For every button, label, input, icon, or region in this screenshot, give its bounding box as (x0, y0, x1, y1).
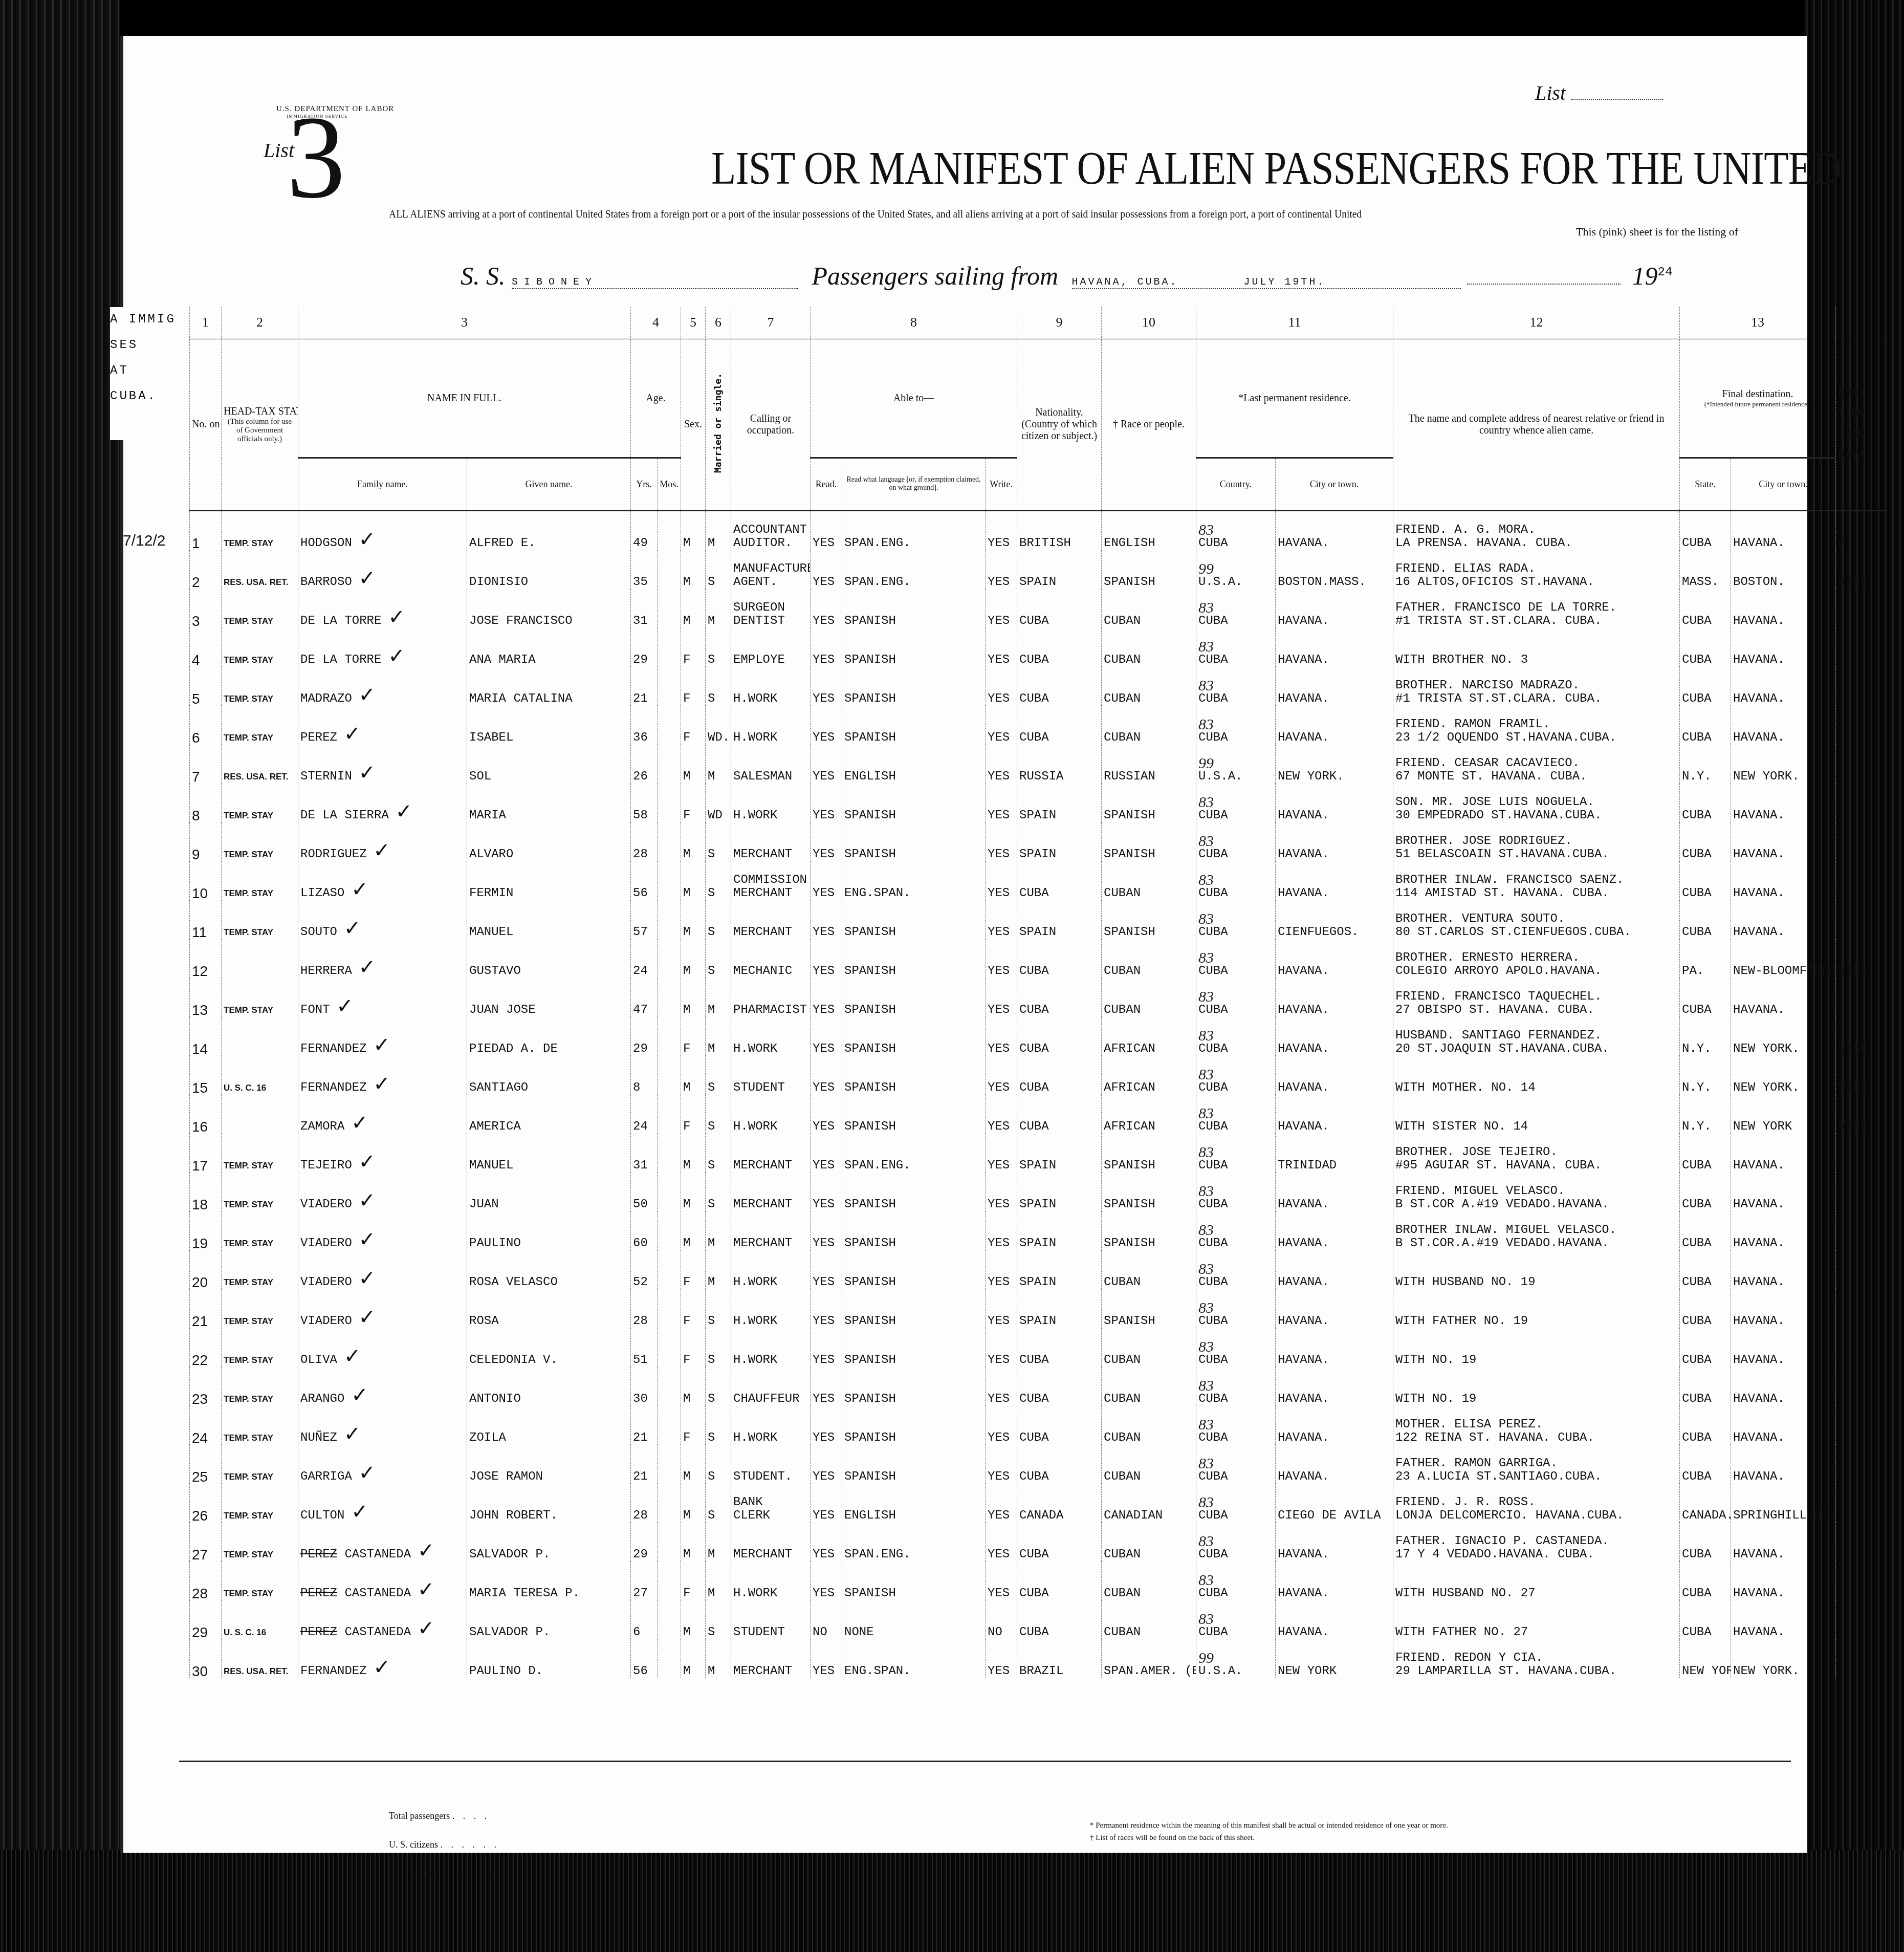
nearest-relative: MOTHER. ELISA PEREZ.122 REINA ST. HAVANA… (1393, 1406, 1680, 1445)
nationality: CUBA (1017, 1406, 1102, 1445)
nearest-relative: BROTHER. ERNESTO HERRERA.COLEGIO ARROYO … (1393, 939, 1680, 978)
row-number: 18 (190, 1173, 222, 1211)
handwritten-code: 99 (1198, 1652, 1273, 1665)
residence-city: HAVANA. (1276, 1289, 1393, 1328)
country-value: CUBA (1198, 1470, 1273, 1484)
nationality: SPAIN (1017, 1173, 1102, 1211)
head-tax-status (222, 939, 298, 978)
age-months (658, 511, 681, 551)
age-months (658, 745, 681, 784)
marital-status: S (706, 900, 731, 939)
given-name: MARIA TERESA P. (467, 1561, 631, 1600)
handwritten-code: 83 (1198, 1068, 1273, 1081)
occupation-main: H.WORK (733, 809, 808, 822)
extra-mark (1836, 1173, 1887, 1211)
occupation: MERCHANT (731, 900, 811, 939)
header-yrs: Yrs. (631, 458, 658, 511)
read-language: SPANISH (842, 589, 986, 628)
family-name: VIADERO ✓ (298, 1250, 467, 1289)
handwritten-code: 83 (1198, 835, 1273, 848)
passenger-row: 5TEMP. STAYMADRAZO ✓MARIA CATALINA21FSH.… (190, 667, 1887, 706)
extra-mark (1836, 1406, 1887, 1445)
extra-mark (1836, 745, 1887, 784)
dest-state: N.Y. (1680, 1095, 1731, 1134)
header-city: City or town. (1276, 458, 1393, 511)
head-tax-status: TEMP. STAY (222, 1367, 298, 1406)
read-language: SPANISH (842, 1250, 986, 1289)
extra-line: HAVA (1838, 445, 1885, 466)
check-mark-icon: ✓ (411, 1539, 434, 1561)
read-language: SPANISH (842, 1211, 986, 1250)
read-language: NONE (842, 1600, 986, 1639)
relative-name: BROTHER. ERNESTO HERRERA. (1395, 951, 1677, 965)
residence-city: HAVANA. (1276, 784, 1393, 822)
nearest-relative: WITH HUSBAND NO. 27 (1393, 1561, 1680, 1600)
age-months (658, 1445, 681, 1484)
relative-address: #95 AGUIAR ST. HAVANA. CUBA. (1395, 1159, 1677, 1173)
age-months (658, 1250, 681, 1289)
residence-city: HAVANA. (1276, 1328, 1393, 1367)
marital-status: M (706, 1561, 731, 1600)
sex: F (681, 784, 706, 822)
nationality: CUBA (1017, 978, 1102, 1017)
header-family-name: Family name. (298, 458, 467, 511)
colnum: 12 (1393, 307, 1680, 339)
relative-address: COLEGIO ARROYO APOLO.HAVANA. (1395, 965, 1677, 978)
relative-address: 114 AMISTAD ST. HAVANA. CUBA. (1395, 887, 1677, 900)
relative-address: 122 REINA ST. HAVANA. CUBA. (1395, 1432, 1677, 1445)
occupation-main: H.WORK (733, 1276, 808, 1289)
sex: M (681, 1173, 706, 1211)
occupation: MECHANIC (731, 939, 811, 978)
nationality: CUBA (1017, 1523, 1102, 1561)
marital-status: S (706, 1134, 731, 1173)
sex: M (681, 1600, 706, 1639)
dest-city: HAVANA. (1731, 589, 1836, 628)
passenger-row: 23TEMP. STAYARANGO ✓ANTONIO30MSCHAUFFEUR… (190, 1367, 1887, 1406)
scan-border-left (0, 0, 120, 1952)
country-value: CUBA (1198, 1509, 1273, 1523)
residence-country: 83CUBA (1196, 511, 1276, 551)
row-number: 27 (190, 1523, 222, 1561)
can-write: YES (986, 1017, 1017, 1056)
handwritten-code: 83 (1198, 796, 1273, 809)
marital-status: S (706, 939, 731, 978)
age-months (658, 1484, 681, 1523)
extra-mark (1836, 1484, 1887, 1523)
occupation-main: EMPLOYE (733, 654, 808, 667)
residence-country: 83CUBA (1196, 1289, 1276, 1328)
marital-status: M (706, 1211, 731, 1250)
occupation-main: H.WORK (733, 1315, 808, 1328)
can-read: YES (811, 1056, 842, 1095)
header-nationality: Nationality. (Country of which citizen o… (1017, 339, 1102, 511)
marital-status: WD. (706, 706, 731, 745)
marital-status: S (706, 1600, 731, 1639)
row-number: 15 (190, 1056, 222, 1095)
passenger-row: 19TEMP. STAYVIADERO ✓PAULINO60MMMERCHANT… (190, 1211, 1887, 1250)
race: AFRICAN (1102, 1017, 1196, 1056)
list-right-label: List (1535, 81, 1566, 105)
dest-city: NEW YORK. (1731, 1639, 1836, 1678)
dest-state: CUBA (1680, 1523, 1731, 1561)
header-last-residence: *Last permanent residence. (1196, 339, 1393, 458)
handwritten-code: 83 (1198, 1146, 1273, 1159)
marital-status: S (706, 1406, 731, 1445)
marital-status: S (706, 822, 731, 861)
can-read: YES (811, 1211, 842, 1250)
dest-state: CUBA (1680, 784, 1731, 822)
row-number: 9 (190, 822, 222, 861)
sex: M (681, 745, 706, 784)
dest-city: HAVANA. (1731, 784, 1836, 822)
marital-status: S (706, 1328, 731, 1367)
nationality: SPAIN (1017, 1134, 1102, 1173)
age-months (658, 1173, 681, 1211)
handwritten-code: 83 (1198, 1418, 1273, 1432)
relative-address: WITH FATHER NO. 27 (1395, 1626, 1677, 1639)
extra-mark: VISE (1836, 1095, 1887, 1134)
occupation: MERCHANT (731, 1134, 811, 1173)
occupation-main: H.WORK (733, 692, 808, 706)
age-months (658, 628, 681, 667)
sex: M (681, 1445, 706, 1484)
row-number: 1 (190, 511, 222, 551)
country-value: CUBA (1198, 731, 1273, 745)
can-read: YES (811, 1134, 842, 1173)
given-name: ALFRED E. (467, 511, 631, 551)
extra-mark: VISE (1836, 1056, 1887, 1095)
occupation: STUDENT (731, 1056, 811, 1095)
dest-state: N.Y. (1680, 745, 1731, 784)
header-final-destination: Final destination.(*Intended future perm… (1680, 339, 1836, 458)
country-value: U.S.A. (1198, 770, 1273, 784)
family-name: NUÑEZ ✓ (298, 1406, 467, 1445)
can-read: YES (811, 1406, 842, 1445)
age-years: 29 (631, 1523, 658, 1561)
dest-city: HAVANA. (1731, 706, 1836, 745)
check-mark-icon: ✓ (411, 1617, 434, 1639)
family-name: DE LA SIERRA ✓ (298, 784, 467, 822)
dest-state: MASS. (1680, 550, 1731, 589)
colnum: 2 (222, 307, 298, 339)
relative-name: FRIEND. REDON Y CIA. (1395, 1652, 1677, 1665)
passenger-row: 3TEMP. STAYDE LA TORRE ✓JOSE FRANCISCO31… (190, 589, 1887, 628)
race: AFRICAN (1102, 1095, 1196, 1134)
age-months (658, 1095, 681, 1134)
row-number: 13 (190, 978, 222, 1017)
extra-mark (1836, 978, 1887, 1017)
relative-address: WITH BROTHER NO. 3 (1395, 654, 1677, 667)
nearest-relative: WITH BROTHER NO. 3 (1393, 628, 1680, 667)
nearest-relative: WITH FATHER NO. 27 (1393, 1600, 1680, 1639)
read-language: ENGLISH (842, 745, 986, 784)
age-years: 36 (631, 706, 658, 745)
passenger-row: 14FERNANDEZ ✓PIEDAD A. DE29FMH.WORKYESSP… (190, 1017, 1887, 1056)
age-months (658, 1367, 681, 1406)
given-name: JOHN ROBERT. (467, 1484, 631, 1523)
occupation: CHAUFFEUR (731, 1367, 811, 1406)
dest-city: HAVANA. (1731, 900, 1836, 939)
row-number: 25 (190, 1445, 222, 1484)
read-language: SPANISH (842, 978, 986, 1017)
occupation: H.WORK (731, 706, 811, 745)
occupation: H.WORK (731, 1328, 811, 1367)
country-value: CUBA (1198, 1237, 1273, 1250)
sex: M (681, 939, 706, 978)
head-tax-status: TEMP. STAY (222, 1561, 298, 1600)
can-read: YES (811, 1328, 842, 1367)
residence-country: 83CUBA (1196, 1134, 1276, 1173)
check-mark-icon: ✓ (367, 1072, 390, 1095)
relative-name: FRIEND. CEASAR CACAVIECO. (1395, 757, 1677, 770)
relative-address: WITH NO. 19 (1395, 1393, 1677, 1406)
passenger-row: 24TEMP. STAYNUÑEZ ✓ZOILA21FSH.WORKYESSPA… (190, 1406, 1887, 1445)
check-mark-icon: ✓ (330, 994, 354, 1017)
occupation-main: H.WORK (733, 1120, 808, 1134)
check-mark-icon: ✓ (352, 1150, 376, 1173)
nearest-relative: WITH MOTHER. NO. 14 (1393, 1056, 1680, 1095)
occupation: EMPLOYE (731, 628, 811, 667)
colnum: 3 (298, 307, 631, 339)
marital-status: M (706, 589, 731, 628)
nationality: SPAIN (1017, 1211, 1102, 1250)
relative-address: 20 ST.JOAQUIN ST.HAVANA.CUBA. (1395, 1043, 1677, 1056)
family-name: HODGSON ✓ (298, 511, 467, 551)
passenger-row: 20TEMP. STAYVIADERO ✓ROSA VELASCO52FMH.W… (190, 1250, 1887, 1289)
occupation-main: MERCHANT (733, 1665, 808, 1678)
sex: F (681, 628, 706, 667)
residence-country: 83CUBA (1196, 706, 1276, 745)
header-no-on-list: No. on List. (190, 339, 222, 511)
given-name: SANTIAGO (467, 1056, 631, 1095)
can-write: YES (986, 1289, 1017, 1328)
scan-border-bottom (0, 1850, 1904, 1952)
residence-country: 83CUBA (1196, 667, 1276, 706)
can-write: YES (986, 1056, 1017, 1095)
age-months (658, 1134, 681, 1173)
dest-city: SPRINGHILL.N.S. (1731, 1484, 1836, 1523)
can-write: YES (986, 1328, 1017, 1367)
can-read: YES (811, 1523, 842, 1561)
family-name: FERNANDEZ ✓ (298, 1056, 467, 1095)
corrected-family-name: CASTANEDA (344, 1587, 411, 1600)
relative-name: BROTHER. VENTURA SOUTO. (1395, 913, 1677, 926)
passenger-row: 16ZAMORA ✓AMERICA24FSH.WORKYESSPANISHYES… (190, 1095, 1887, 1134)
age-years: 26 (631, 745, 658, 784)
occupation-main: AUDITOR. (733, 537, 808, 550)
passenger-row: 29U. S. C. 16PEREZ CASTANEDA ✓SALVADOR P… (190, 1600, 1887, 1639)
extra-line: TION (1838, 404, 1885, 425)
occupation: H.WORK (731, 1289, 811, 1328)
relative-name: FRIEND. RAMON FRAMIL. (1395, 718, 1677, 731)
relative-address: WITH FATHER NO. 19 (1395, 1315, 1677, 1328)
passenger-row: 6TEMP. STAYPEREZ ✓ISABEL36FWD.H.WORKYESS… (190, 706, 1887, 745)
race: CUBAN (1102, 589, 1196, 628)
can-write: YES (986, 1173, 1017, 1211)
residence-city: HAVANA. (1276, 511, 1393, 551)
extra-mark (1836, 861, 1887, 900)
footnote-residence: * Permanent residence within the meaning… (1090, 1819, 1448, 1832)
given-name: PAULINO D. (467, 1639, 631, 1678)
dest-city: HAVANA. (1731, 861, 1836, 900)
read-language: SPANISH (842, 784, 986, 822)
handwritten-code: 83 (1198, 718, 1273, 731)
nearest-relative: WITH NO. 19 (1393, 1367, 1680, 1406)
age-years: 30 (631, 1367, 658, 1406)
occupation: MANUFACTURERAGENT. (731, 550, 811, 589)
residence-city: HAVANA. (1276, 1445, 1393, 1484)
header-write: Write. (986, 458, 1017, 511)
relative-address: B ST.COR A.#19 VEDADO.HAVANA. (1395, 1198, 1677, 1211)
extra-mark: VISE (1836, 939, 1887, 978)
relative-name: FATHER. RAMON GARRIGA. (1395, 1457, 1677, 1470)
nearest-relative: FRIEND. J. R. ROSS.LONJA DELCOMERCIO. HA… (1393, 1484, 1680, 1523)
head-tax-status: TEMP. STAY (222, 1406, 298, 1445)
age-years: 29 (631, 628, 658, 667)
can-read: YES (811, 1367, 842, 1406)
extra-mark: VISE (1836, 1017, 1887, 1056)
header-calling: Calling or occupation. (731, 339, 811, 511)
residence-city: HAVANA. (1276, 1095, 1393, 1134)
marital-status: S (706, 1484, 731, 1523)
relative-address: WITH HUSBAND NO. 19 (1395, 1276, 1677, 1289)
family-name: DE LA TORRE ✓ (298, 589, 467, 628)
nearest-relative: FATHER. IGNACIO P. CASTANEDA.17 Y 4 VEDA… (1393, 1523, 1680, 1561)
dest-state: CUBA (1680, 511, 1731, 551)
head-tax-status: TEMP. STAY (222, 1289, 298, 1328)
age-months (658, 1289, 681, 1328)
relative-address: 27 OBISPO ST. HAVANA. CUBA. (1395, 1004, 1677, 1017)
row-number: 16 (190, 1095, 222, 1134)
family-name: PEREZ ✓ (298, 706, 467, 745)
marital-status: M (706, 1250, 731, 1289)
given-name: JUAN (467, 1173, 631, 1211)
nationality: CUBA (1017, 1328, 1102, 1367)
can-read: YES (811, 1095, 842, 1134)
residence-country: 83CUBA (1196, 978, 1276, 1017)
residence-city: NEW YORK. (1276, 745, 1393, 784)
passenger-row: 13TEMP. STAYFONT ✓JUAN JOSE47MMPHARMACIS… (190, 978, 1887, 1017)
extra-mark (1836, 822, 1887, 861)
occupation-main: MERCHANT (733, 848, 808, 861)
country-value: CUBA (1198, 926, 1273, 939)
head-tax-label: HEAD-TAX STATUS. (224, 406, 296, 418)
check-mark-icon: ✓ (352, 1228, 376, 1250)
can-read: YES (811, 1289, 842, 1328)
relative-address: 16 ALTOS,OFICIOS ST.HAVANA. (1395, 576, 1677, 589)
passenger-row: 1TEMP. STAYHODGSON ✓ALFRED E.49MMACCOUNT… (190, 511, 1887, 551)
given-name: ANA MARIA (467, 628, 631, 667)
header-mos: Mos. (658, 458, 681, 511)
marital-status: S (706, 1095, 731, 1134)
relative-address: #1 TRISTA ST.ST.CLARA. CUBA. (1395, 615, 1677, 628)
row-number: 24 (190, 1406, 222, 1445)
colnum: 5 (681, 307, 706, 339)
check-mark-icon: ✓ (352, 1267, 376, 1289)
row-number: 2 (190, 550, 222, 589)
age-years: 51 (631, 1328, 658, 1367)
nearest-relative: FRIEND. MIGUEL VELASCO.B ST.COR A.#19 VE… (1393, 1173, 1680, 1211)
can-write: YES (986, 784, 1017, 822)
can-read: YES (811, 628, 842, 667)
occupation: STUDENT (731, 1600, 811, 1639)
relative-address: 23 1/2 OQUENDO ST.HAVANA.CUBA. (1395, 731, 1677, 745)
married-label: Married or single. (713, 373, 724, 473)
row-number: 5 (190, 667, 222, 706)
passenger-row: 21TEMP. STAYVIADERO ✓ROSA28FSH.WORKYESSP… (190, 1289, 1887, 1328)
age-years: 21 (631, 1445, 658, 1484)
residence-country: 99U.S.A. (1196, 745, 1276, 784)
occupation-main: AGENT. (733, 576, 808, 589)
marital-status: S (706, 1173, 731, 1211)
corrected-family-name: CASTANEDA (344, 1548, 411, 1561)
occupation: PHARMACIST. (731, 978, 811, 1017)
read-language: SPANISH (842, 1445, 986, 1484)
occupation-main: SALESMAN (733, 770, 808, 784)
occupation-top: SURGEON (733, 601, 808, 615)
row-number: 22 (190, 1328, 222, 1367)
handwritten-code: 83 (1198, 524, 1273, 537)
sex: F (681, 1095, 706, 1134)
country-value: CUBA (1198, 692, 1273, 706)
colnum-extra (1836, 307, 1887, 339)
read-language: SPANISH (842, 1056, 986, 1095)
total-passengers-line: Total passengers . . . . (389, 1802, 499, 1830)
colnum: 10 (1102, 307, 1196, 339)
residence-country: 83CUBA (1196, 1211, 1276, 1250)
check-mark-icon: ✓ (352, 956, 376, 978)
occupation: H.WORK (731, 1250, 811, 1289)
can-write: YES (986, 1561, 1017, 1600)
passenger-row: 30RES. USA. RET.FERNANDEZ ✓PAULINO D.56M… (190, 1639, 1887, 1678)
sex: F (681, 667, 706, 706)
marital-status: M (706, 1639, 731, 1678)
handwritten-code: 83 (1198, 1107, 1273, 1120)
can-write: YES (986, 900, 1017, 939)
head-tax-status (222, 1095, 298, 1134)
residence-city: HAVANA. (1276, 1250, 1393, 1289)
occupation: H.WORK (731, 667, 811, 706)
check-mark-icon: ✓ (381, 644, 405, 667)
nearest-relative: FRIEND. CEASAR CACAVIECO.67 MONTE ST. HA… (1393, 745, 1680, 784)
dest-city: HAVANA. (1731, 1328, 1836, 1367)
port-and-date: HAVANA, CUBA. JULY 19TH. (1072, 276, 1461, 289)
race: SPANISH (1102, 550, 1196, 589)
passenger-row: 25TEMP. STAYGARRIGA ✓JOSE RAMON21MSSTUDE… (190, 1445, 1887, 1484)
marital-status: S (706, 1367, 731, 1406)
residence-country: 83CUBA (1196, 1484, 1276, 1523)
race: RUSSIAN (1102, 745, 1196, 784)
port: HAVANA, CUBA. (1072, 276, 1178, 288)
occupation: H.WORK (731, 1017, 811, 1056)
us-citizens-line: U. S. citizens . . . . . . (389, 1830, 499, 1859)
read-language: SPANISH (842, 1017, 986, 1056)
age-years: 6 (631, 1600, 658, 1639)
read-language: SPAN.ENG. (842, 1134, 986, 1173)
head-tax-status: U. S. C. 16 (222, 1600, 298, 1639)
head-tax-status: TEMP. STAY (222, 1211, 298, 1250)
race: CUBAN (1102, 1367, 1196, 1406)
check-mark-icon: ✓ (337, 917, 361, 939)
family-name: FERNANDEZ ✓ (298, 1639, 467, 1678)
residence-city: HAVANA. (1276, 1406, 1393, 1445)
row-number: 7 (190, 745, 222, 784)
can-read: YES (811, 939, 842, 978)
extra-mark (1836, 1445, 1887, 1484)
can-read: YES (811, 706, 842, 745)
age-years: 47 (631, 978, 658, 1017)
